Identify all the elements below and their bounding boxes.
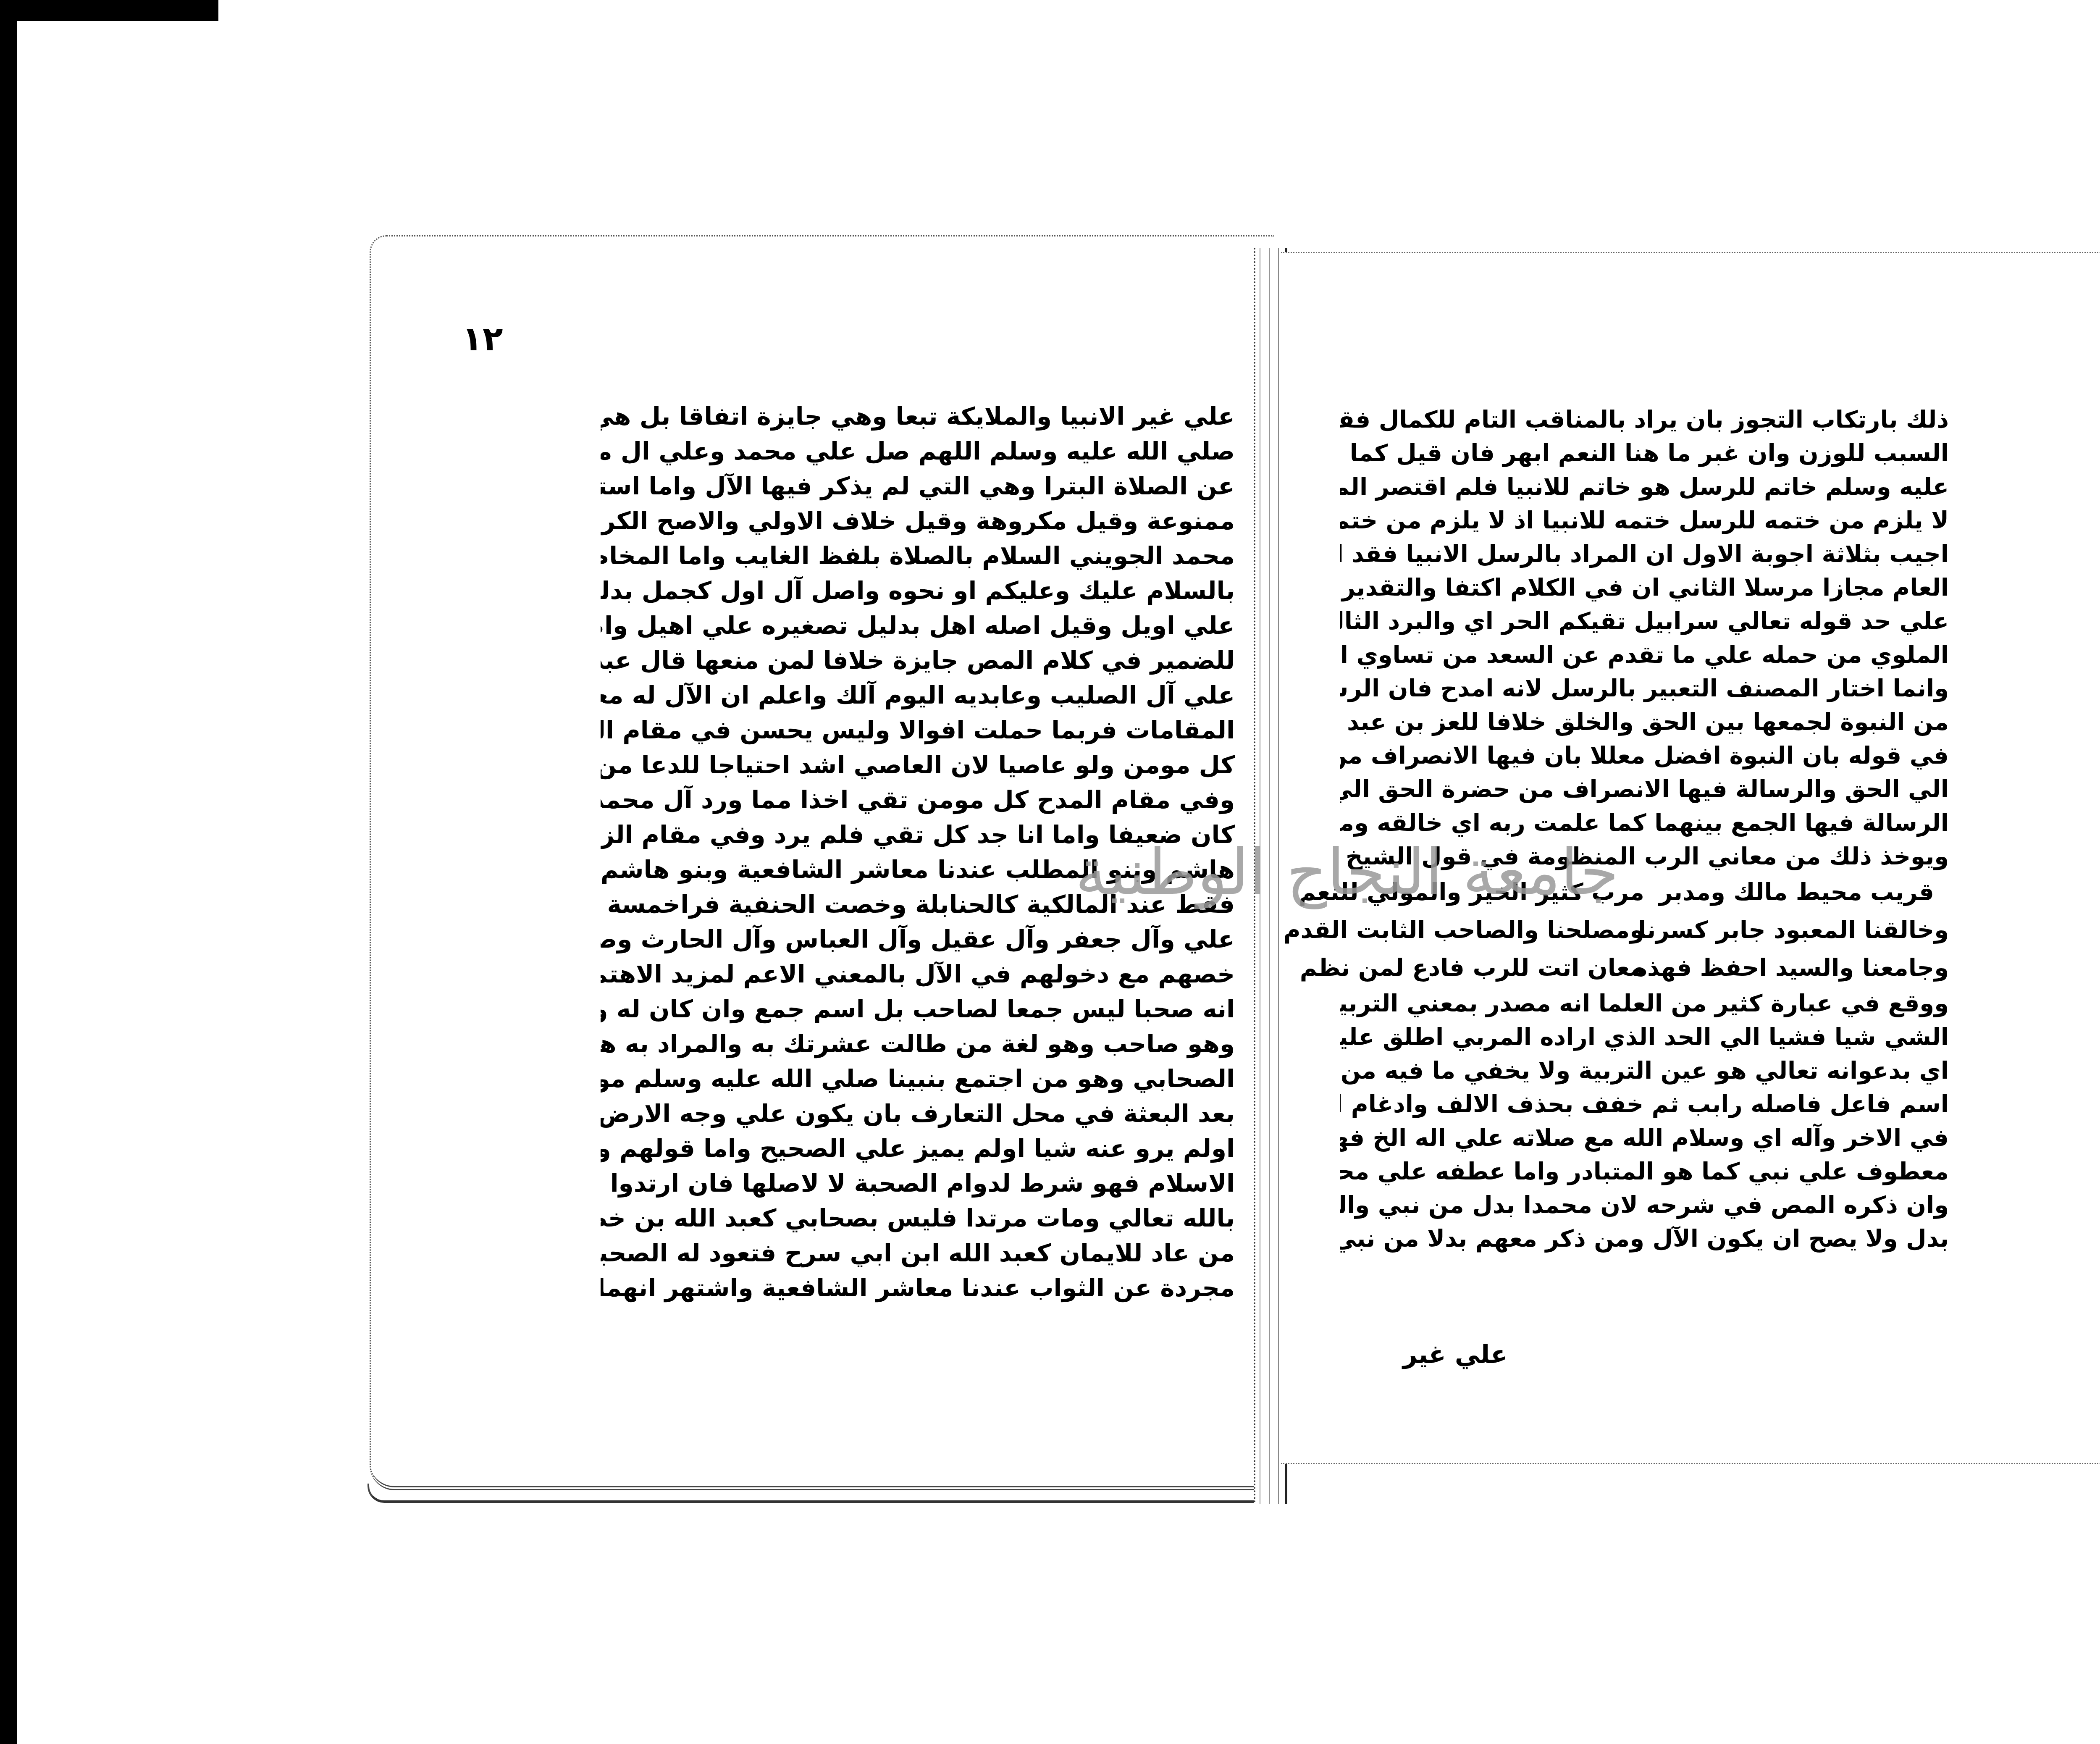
right-page-prose-top: ذلك بارتكاب التجوز بان يراد بالمناقب الت… (1340, 403, 1949, 874)
text-line: وفي مقام المدح كل مومن تقي اخذا مما ورد … (601, 783, 1235, 817)
text-line: اي بدعوانه تعالي هو عين التربية ولا يخفي… (1340, 1054, 1949, 1088)
text-line: لا يلزم من ختمه للرسل ختمه للانبيا اذ لا… (1340, 504, 1949, 538)
catchword: علي غير (1403, 1340, 1508, 1369)
text-line: اولم يرو عنه شيا اولم يميز علي الصحيح وا… (601, 1131, 1235, 1166)
text-line: صلي الله عليه وسلم اللهم صل علي محمد وعل… (601, 434, 1235, 469)
text-line: معطوف علي نبي كما هو المتبادر واما عطفه … (1340, 1155, 1949, 1189)
right-page-prose-bottom: ووقع في عبارة كثير من العلما انه مصدر بم… (1340, 987, 1949, 1256)
text-line: ووقع في عبارة كثير من العلما انه مصدر بم… (1340, 987, 1949, 1021)
text-line: من عاد للايمان كعبد الله ابن ابي سرح فتع… (601, 1236, 1235, 1271)
text-line: للضمير في كلام المص جايزة خلافا لمن منعه… (601, 643, 1235, 678)
verse-hemistich: معان اتت للرب فادع لمن نظم (1340, 949, 1644, 987)
verse-line: وخالقنا المعبود جابر كسرناومصلحنا والصاح… (1340, 911, 1949, 949)
text-line: بعد البعثة في محل التعارف بان يكون علي و… (601, 1096, 1235, 1131)
folio-number: ١٢ (462, 319, 503, 358)
verse-hemistich: وخالقنا المعبود جابر كسرنا (1644, 911, 1949, 949)
text-line: وان ذكره المص في شرحه لان محمدا بدل من ن… (1340, 1189, 1949, 1222)
text-line: اجيب بثلاثة اجوبة الاول ان المراد بالرسل… (1340, 538, 1949, 571)
verse-line: وجامعنا والسيد احفظ فهذهمعان اتت للرب فا… (1340, 949, 1949, 987)
text-line: مجردة عن الثواب عندنا معاشر الشافعية واش… (601, 1271, 1235, 1305)
text-line: خصهم مع دخولهم في الآل بالمعني الاعم لمز… (601, 957, 1235, 992)
text-line: الصحابي وهو من اجتمع بنبينا صلي الله علي… (601, 1061, 1235, 1096)
verse-hemistich: قريب محيط مالك ومدبر (1644, 874, 1949, 911)
text-line: ذلك بارتكاب التجوز بان يراد بالمناقب الت… (1340, 403, 1949, 437)
text-line: من النبوة لجمعها بين الحق والخلق خلافا ل… (1340, 706, 1949, 739)
text-line: الملوي من حمله علي ما تقدم عن السعد من ت… (1340, 638, 1949, 672)
text-line: كل مومن ولو عاصيا لان العاصي اشد احتياجا… (601, 748, 1235, 783)
text-line: علي اويل وقيل اصله اهل بدليل تصغيره علي … (601, 608, 1235, 643)
text-line: بالله تعالي ومات مرتدا فليس بصحابي كعبد … (601, 1201, 1235, 1236)
text-line: بالسلام عليك وعليكم او نحوه واصل آل اول … (601, 573, 1235, 608)
verse-hemistich: وجامعنا والسيد احفظ فهذه (1644, 949, 1949, 987)
text-line: علي حد قوله تعالي سرابيل تقيكم الحر اي و… (1340, 605, 1949, 638)
text-line: عن الصلاة البترا وهي التي لم يذكر فيها ا… (601, 469, 1235, 504)
watermark: جامعة النجاح الوطنية (1075, 836, 1619, 909)
text-line: انه صحبا ليس جمعا لصاحب بل اسم جمع وان ك… (601, 992, 1235, 1027)
text-line: علي آل الصليب وعابديه اليوم آلك واعلم ان… (601, 678, 1235, 713)
text-line: المقامات فربما حملت افوالا وليس يحسن في … (601, 713, 1235, 748)
text-line: السبب للوزن وان غبر ما هنا النعم ابهر فا… (1340, 437, 1949, 470)
text-line: العام مجازا مرسلا الثاني ان في الكلام اك… (1340, 571, 1949, 605)
text-line: في الاخر وآله اي وسلام الله مع صلاته علي… (1340, 1122, 1949, 1155)
page-stack-edge (367, 1484, 1274, 1503)
text-line: الشي شيا فشيا الي الحد الذي اراده المربي… (1340, 1021, 1949, 1054)
text-line: عليه وسلم خاتم للرسل هو خاتم للانبيا فلم… (1340, 470, 1949, 504)
text-line: علي غير الانبيا والملايكة تبعا وهي جايزة… (601, 399, 1235, 434)
text-line: وانما اختار المصنف التعبير بالرسل لانه ا… (1340, 672, 1949, 706)
scan-border-left (0, 0, 17, 1744)
text-line: الاسلام فهو شرط لدوام الصحبة لا لاصلها ف… (601, 1166, 1235, 1201)
text-line: علي وآل جعفر وآل عقيل وآل العباس وآل الح… (601, 922, 1235, 957)
scan-border-top (0, 0, 218, 21)
text-line: الي الحق والرسالة فيها الانصراف من حضرة … (1340, 773, 1949, 806)
text-line: وهو صاحب وهو لغة من طالت عشرتك به والمرا… (601, 1027, 1235, 1061)
text-line: محمد الجويني السلام بالصلاة بلفظ الغايب … (601, 538, 1235, 573)
text-line: ممنوعة وقيل مكروهة وقيل خلاف الاولي والا… (601, 504, 1235, 538)
text-line: الرسالة فيها الجمع بينهما كما علمت ربه ا… (1340, 806, 1949, 840)
right-page-text: ذلك بارتكاب التجوز بان يراد بالمناقب الت… (1340, 403, 1949, 1256)
text-line: في قوله بان النبوة افضل معللا بان فيها ا… (1340, 739, 1949, 773)
text-line: بدل ولا يصح ان يكون الآل ومن ذكر معهم بد… (1340, 1222, 1949, 1256)
text-line: اسم فاعل فاصله رابب ثم خفف بحذف الالف وا… (1340, 1088, 1949, 1122)
verse-hemistich: ومصلحنا والصاحب الثابت القدم (1340, 911, 1644, 949)
